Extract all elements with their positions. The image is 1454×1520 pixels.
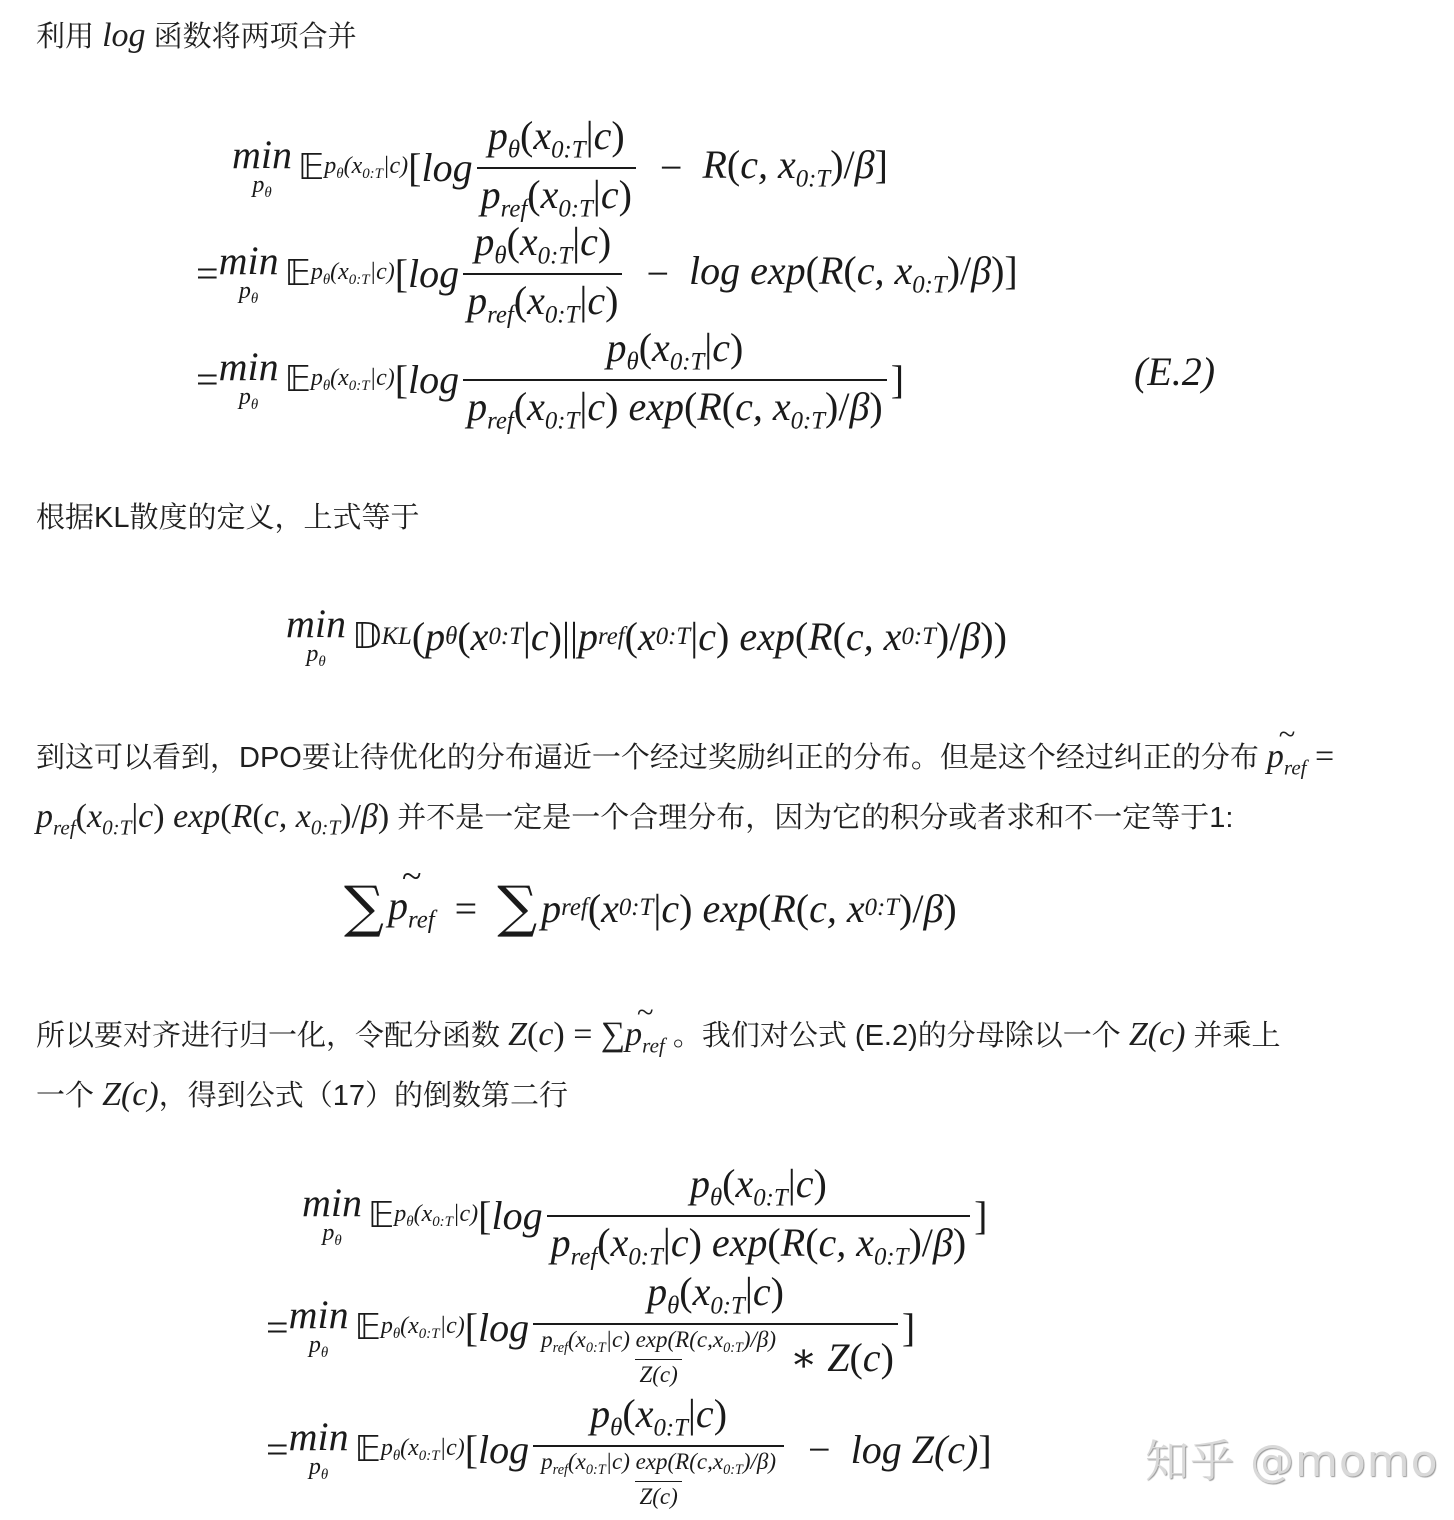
watermark: 知乎 @momo: [1145, 1425, 1439, 1489]
paragraph-kl-definition: 根据KL散度的定义，上式等于: [36, 494, 1424, 542]
equation-line-2: = minpθ 𝔼pθ(x0:T|c) [log pθ(x0:T|c) pref…: [196, 218, 1018, 329]
equation-label: (E.2): [1134, 348, 1215, 395]
text: 利用: [36, 21, 102, 53]
divergence-symbol: 𝔻: [352, 616, 381, 657]
equation-line-2: = minpθ 𝔼pθ(x0:T|c) [log pθ(x0:T|c) pref…: [266, 1268, 915, 1388]
paragraph-intro: 利用 log 函数将两项合并: [36, 12, 1424, 61]
paragraph-dpo-explanation: 到这可以看到，DPO要让待优化的分布逼近一个经过奖励纠正的分布。但是这个经过纠正…: [36, 732, 1424, 853]
equation-line-3: = minpθ 𝔼pθ(x0:T|c) [log pθ(x0:T|c) pref…: [266, 1390, 992, 1510]
min-operator: minpθ: [232, 131, 292, 204]
text: 根据KL散度的定义，上式等于: [36, 502, 419, 534]
equation-line-3: = minpθ 𝔼pθ(x0:T|c) [log pθ(x0:T|c) pref…: [196, 324, 904, 435]
paragraph-normalization: 所以要对齐进行归一化，令配分函数 Z(c) = ∑pref 。我们对公式 (E.…: [36, 1010, 1424, 1121]
equation-kl: minpθ 𝔻KL (pθ(x0:T|c)||pref(x0:T|c) exp(…: [286, 600, 1007, 673]
expectation-symbol: 𝔼: [298, 147, 324, 188]
equation-line-1: minpθ 𝔼pθ(x0:T|c) [log pθ(x0:T|c) pref(x…: [232, 112, 888, 223]
equation-line-1: minpθ 𝔼pθ(x0:T|c) [log pθ(x0:T|c) pref(x…: [302, 1160, 988, 1271]
math-log: log: [102, 17, 145, 54]
text: 函数将两项合并: [146, 21, 357, 53]
fraction: pθ(x0:T|c) pref(x0:T|c): [477, 112, 636, 223]
equation-sum: ∑pref = ∑pref(x0:T|c) exp(R(c, x0:T)/β): [344, 880, 957, 936]
